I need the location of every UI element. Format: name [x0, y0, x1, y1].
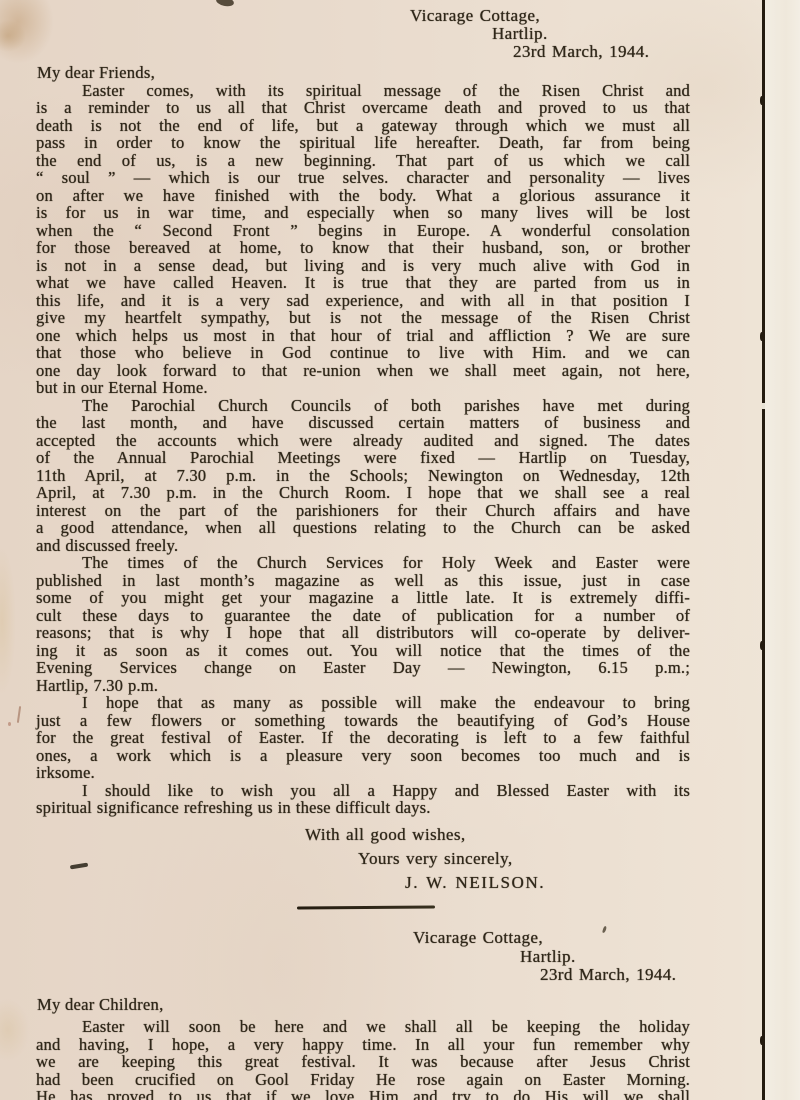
text-line: one day look forward to that re-union wh…: [36, 362, 690, 380]
text-line: ones, a work which is a pleasure very so…: [36, 747, 690, 765]
paragraph: The Parochial Church Councils of both pa…: [36, 397, 690, 555]
paragraph: Easter comes, with its spiritual message…: [36, 82, 690, 397]
text-line: Easter will soon be here and we shall al…: [36, 1018, 690, 1036]
letter-to-friends: Vicarage Cottage, Hartlip. 23rd March, 1…: [0, 0, 800, 891]
text-line: irksome.: [36, 764, 690, 782]
text-line: The Parochial Church Councils of both pa…: [36, 397, 690, 415]
text-line: and having, I hope, a very happy time. I…: [36, 1036, 690, 1054]
text-line: death is not the end of life, but a gate…: [36, 117, 690, 135]
text-line: what we have called Heaven. It is true t…: [36, 274, 690, 292]
text-line: one which helps us most in that hour of …: [36, 327, 690, 345]
paragraph: I hope that as many as possible will mak…: [36, 694, 690, 782]
closing-line: Yours very sincerely,: [358, 850, 800, 868]
text-line: is not in a sense dead, but living and i…: [36, 257, 690, 275]
text-line: had been crucified on Gool Friday He ros…: [36, 1071, 690, 1089]
section-divider: [297, 906, 435, 910]
text-line: published in last month’s magazine as we…: [36, 572, 690, 590]
sender-address-line: Hartlip.: [492, 25, 800, 43]
signature: J. W. NEILSON.: [405, 874, 800, 892]
page-content: Vicarage Cottage, Hartlip. 23rd March, 1…: [0, 0, 800, 1100]
scanned-letter-page: Vicarage Cottage, Hartlip. 23rd March, 1…: [0, 0, 800, 1100]
salutation: My dear Children,: [37, 996, 800, 1014]
text-line: I hope that as many as possible will mak…: [36, 694, 690, 712]
letter-date: 23rd March, 1944.: [540, 966, 800, 985]
letter-to-children: Vicarage Cottage, Hartlip. 23rd March, 1…: [0, 922, 800, 1100]
paragraph: The times of the Church Services for Hol…: [36, 554, 690, 694]
text-line: some of you might get your magazine a li…: [36, 589, 690, 607]
closing-block: With all good wishes, Yours very sincere…: [0, 826, 800, 892]
text-line: spiritual significance refreshing us in …: [36, 799, 690, 817]
text-line: the last month, and have discussed certa…: [36, 414, 690, 432]
text-line: He has proved to us that if we love Him …: [36, 1088, 690, 1100]
text-line: we are keeping this great festival. It w…: [36, 1053, 690, 1071]
text-line: Hartlip, 7.30 p.m.: [36, 677, 690, 695]
page-right-margin: [765, 0, 800, 1100]
sender-address-line: Vicarage Cottage,: [410, 7, 800, 25]
sender-address-line: Hartlip.: [520, 948, 800, 967]
text-line: 11th April, at 7.30 p.m. in the Schools;…: [36, 467, 690, 485]
closing-line: With all good wishes,: [305, 826, 800, 844]
text-line: pass in order to know the spiritual life…: [36, 134, 690, 152]
text-line: the end of us, is a new beginning. That …: [36, 152, 690, 170]
sender-address-line: Vicarage Cottage,: [413, 929, 800, 948]
text-line: for those bereaved at home, to know that…: [36, 239, 690, 257]
text-line: Evening Services change on Easter Day — …: [36, 659, 690, 677]
text-line: Easter comes, with its spiritual message…: [36, 82, 690, 100]
text-line: but in our Eternal Home.: [36, 379, 690, 397]
letter-date: 23rd March, 1944.: [513, 43, 800, 61]
text-line: when the “ Second Front ” begins in Euro…: [36, 222, 690, 240]
text-line: interest on the part of the parishioners…: [36, 502, 690, 520]
sender-address-block: Vicarage Cottage, Hartlip. 23rd March, 1…: [0, 922, 800, 985]
text-line: accepted the accounts which were already…: [36, 432, 690, 450]
paragraph: Easter will soon be here and we shall al…: [36, 1018, 690, 1100]
text-line: reasons; that is why I hope that all dis…: [36, 624, 690, 642]
text-line: April, at 7.30 p.m. in the Church Room. …: [36, 484, 690, 502]
text-line: and discussed freely.: [36, 537, 690, 555]
text-line: this life, and it is a very sad experien…: [36, 292, 690, 310]
text-line: The times of the Church Services for Hol…: [36, 554, 690, 572]
salutation: My dear Friends,: [37, 64, 800, 82]
text-line: of the Annual Parochial Meetings were fi…: [36, 449, 690, 467]
text-line: give my heartfelt sympathy, but is not t…: [36, 309, 690, 327]
text-line: ing it as soon as it comes out. You will…: [36, 642, 690, 660]
text-line: is a reminder to us all that Christ over…: [36, 99, 690, 117]
text-line: on after we have finished with the body.…: [36, 187, 690, 205]
text-line: for the great festival of Easter. If the…: [36, 729, 690, 747]
sender-address-block: Vicarage Cottage, Hartlip. 23rd March, 1…: [0, 0, 800, 61]
text-line: is for us in war time, and especially wh…: [36, 204, 690, 222]
text-line: a good attendance, when all questions re…: [36, 519, 690, 537]
paragraph: I should like to wish you all a Happy an…: [36, 782, 690, 817]
text-line: just a few flowers or something towards …: [36, 712, 690, 730]
text-line: cult these days to guarantee the date of…: [36, 607, 690, 625]
text-line: that those who believe in God continue t…: [36, 344, 690, 362]
text-line: I should like to wish you all a Happy an…: [36, 782, 690, 800]
text-line: “ soul ” — which is our true selves. cha…: [36, 169, 690, 187]
